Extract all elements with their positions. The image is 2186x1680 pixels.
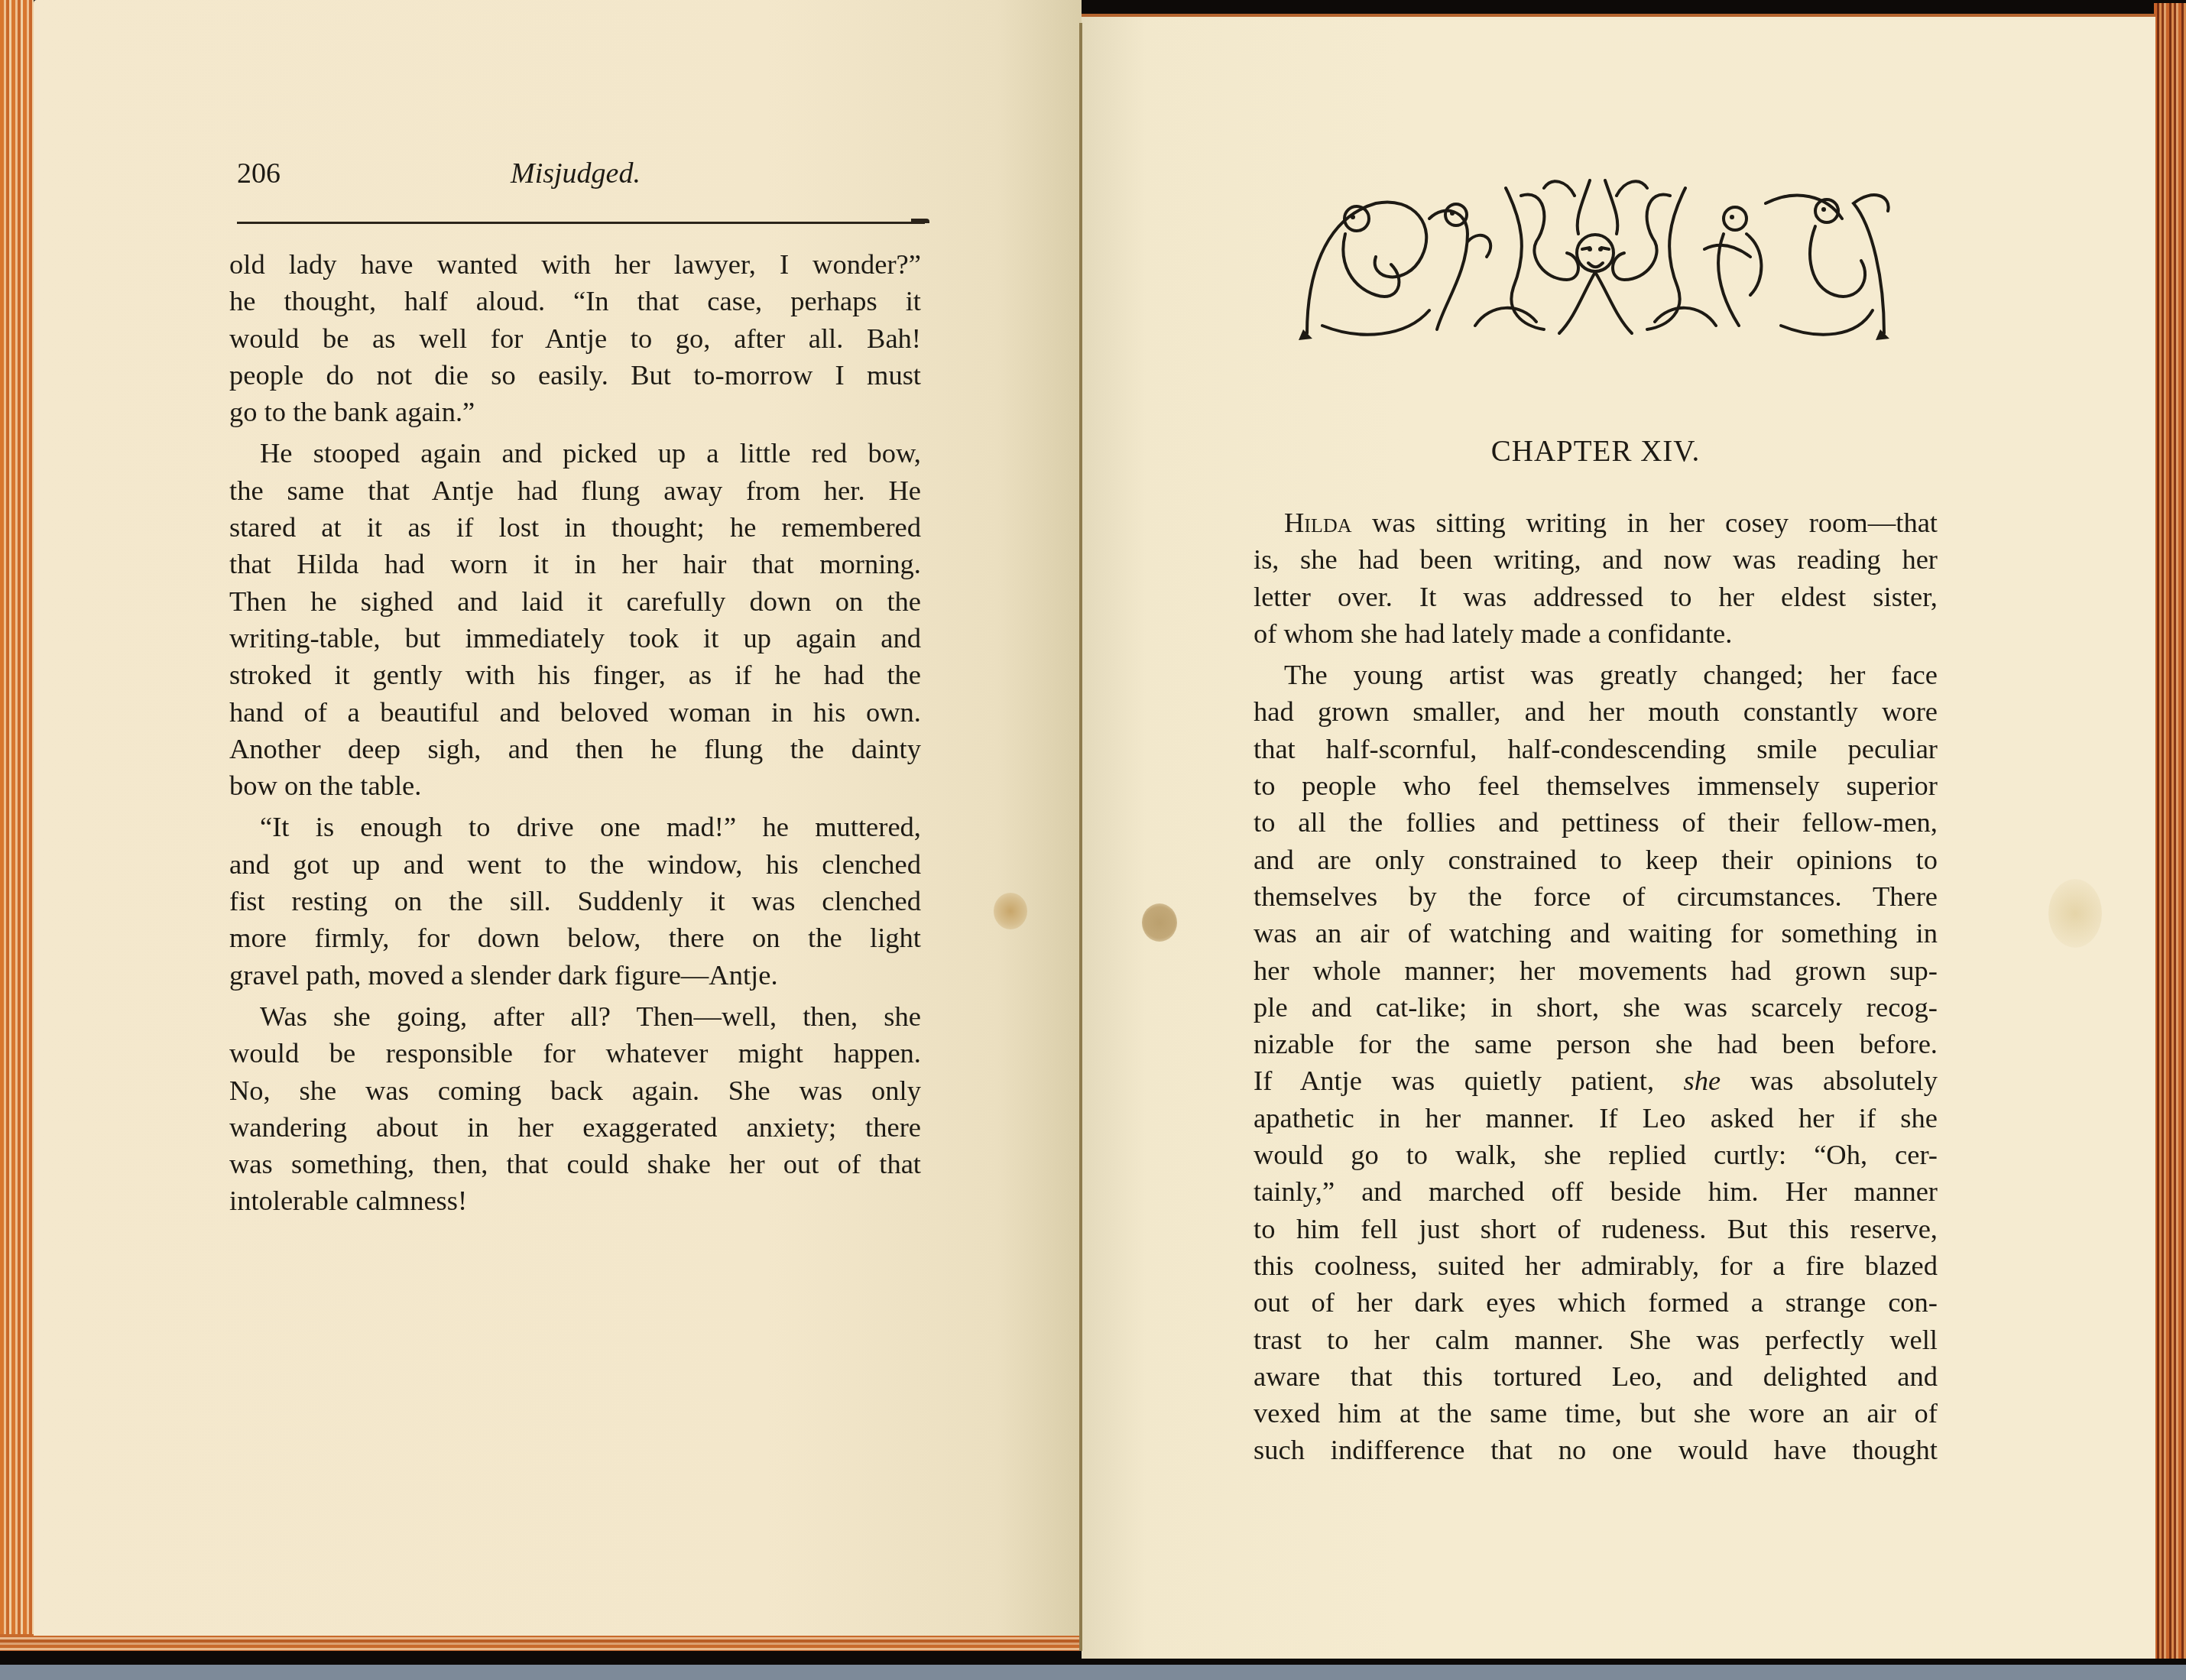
text-line: her whole manner; her movements had grow… <box>1254 952 1938 989</box>
text-fragment: was sitting writing in her cosey room—th… <box>1351 507 1938 538</box>
header-rule <box>237 222 925 224</box>
text-line: of whom she had lately made a confidante… <box>1254 615 1938 652</box>
book-gutter <box>1079 23 1082 1651</box>
text-line: go to the bank again.” <box>229 394 921 430</box>
italic-emphasis: she <box>1684 1065 1721 1096</box>
chapter-heading: CHAPTER XIV. <box>1254 434 1938 469</box>
text-line: fist resting on the sill. Suddenly it wa… <box>229 883 921 919</box>
page-number: 206 <box>237 157 281 190</box>
left-page-edges <box>0 0 34 1651</box>
text-line: vexed him at the same time, but she wore… <box>1254 1395 1938 1432</box>
text-line: such indifference that no one would have… <box>1254 1432 1938 1468</box>
text-line: that half-scornful, half-condescending s… <box>1254 731 1938 767</box>
text-line: The young artist was greatly changed; he… <box>1254 657 1938 693</box>
text-line: is, she had been writing, and now was re… <box>1254 541 1938 578</box>
text-line: nizable for the same person she had been… <box>1254 1026 1938 1062</box>
text-line: and are only constrained to keep their o… <box>1254 842 1938 878</box>
text-line: bow on the table. <box>229 767 921 804</box>
text-line: would be as well for Antje to go, after … <box>229 320 921 357</box>
text-line: themselves by the force of circumstances… <box>1254 878 1938 915</box>
text-line: was an air of watching and waiting for s… <box>1254 915 1938 952</box>
text-fragment: was absolutely <box>1721 1065 1938 1096</box>
text-line: He stooped again and picked up a little … <box>229 435 921 472</box>
text-line: Was she going, after all? Then—well, the… <box>229 998 921 1035</box>
text-line: would go to walk, she replied curtly: “O… <box>1254 1137 1938 1173</box>
left-page-body: old lady have wanted with her lawyer, I … <box>229 246 921 1220</box>
text-line: gravel path, moved a slender dark figure… <box>229 957 921 994</box>
text-line: Then he sighed and laid it carefully dow… <box>229 583 921 620</box>
text-line: aware that this tortured Leo, and deligh… <box>1254 1358 1938 1395</box>
text-line: hand of a beautiful and beloved woman in… <box>229 694 921 731</box>
foxing-stain <box>994 893 1027 929</box>
text-line: writing-table, but immediately took it u… <box>229 620 921 657</box>
text-line: to all the follies and pettiness of thei… <box>1254 804 1938 841</box>
text-line: Hilda was sitting writing in her cosey r… <box>1254 504 1938 541</box>
text-line: and got up and went to the window, his c… <box>229 846 921 883</box>
text-line: to him fell just short of rudeness. But … <box>1254 1211 1938 1247</box>
foxing-stain <box>1142 903 1177 942</box>
text-line: intolerable calmness! <box>229 1182 921 1219</box>
text-fragment: If Antje was quietly patient, <box>1254 1065 1684 1096</box>
text-line: If Antje was quietly patient, she was ab… <box>1254 1062 1938 1099</box>
text-line: he thought, half aloud. “In that case, p… <box>229 283 921 319</box>
text-line: No, she was coming back again. She was o… <box>229 1072 921 1109</box>
running-title: Misjudged. <box>511 157 740 190</box>
text-line: the same that Antje had flung away from … <box>229 472 921 509</box>
text-line: to people who feel themselves immensely … <box>1254 767 1938 804</box>
opening-word-smallcaps: Hilda <box>1284 507 1351 538</box>
right-page-edges <box>2154 3 2186 1659</box>
text-line: that Hilda had worn it in her hair that … <box>229 546 921 582</box>
text-line: Another deep sigh, and then he flung the… <box>229 731 921 767</box>
text-line: apathetic in her manner. If Leo asked he… <box>1254 1100 1938 1137</box>
text-line: this coolness, suited her admirably, for… <box>1254 1247 1938 1284</box>
text-line: people do not die so easily. But to-morr… <box>229 357 921 394</box>
text-line: letter over. It was addressed to her eld… <box>1254 579 1938 615</box>
right-page-body: Hilda was sitting writing in her cosey r… <box>1254 504 1938 1469</box>
text-line: had grown smaller, and her mouth constan… <box>1254 693 1938 730</box>
text-line: trast to her calm manner. She was perfec… <box>1254 1322 1938 1358</box>
chapter-headpiece-ornament-icon <box>1292 173 1899 342</box>
text-line: old lady have wanted with her lawyer, I … <box>229 246 921 283</box>
foxing-stain <box>2048 879 2102 948</box>
text-line: more firmly, for down below, there on th… <box>229 919 921 956</box>
text-line: stared at it as if lost in thought; he r… <box>229 509 921 546</box>
text-line: would be responsible for whatever might … <box>229 1035 921 1072</box>
text-line: out of her dark eyes which formed a stra… <box>1254 1284 1938 1321</box>
text-line: ple and cat-like; in short, she was scar… <box>1254 989 1938 1026</box>
text-line: stroked it gently with his finger, as if… <box>229 657 921 693</box>
text-line: wandering about in her exaggerated anxie… <box>229 1109 921 1146</box>
text-line: “It is enough to drive one mad!” he mutt… <box>229 809 921 845</box>
text-line: was something, then, that could shake he… <box>229 1146 921 1182</box>
text-line: tainly,” and marched off beside him. Her… <box>1254 1173 1938 1210</box>
